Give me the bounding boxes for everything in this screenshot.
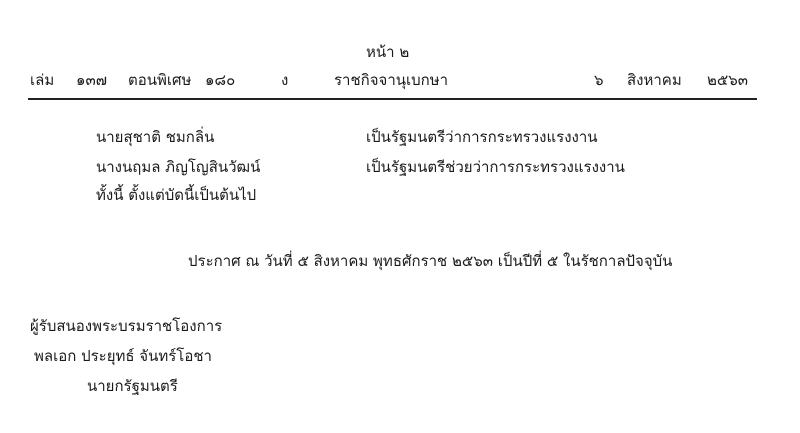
appointee-name: นายสุชาติ ชมกลิ่น [96, 127, 214, 147]
header-divider [28, 98, 757, 100]
appointee-name: นางนฤมล ภิญโญสินวัฒน์ [96, 157, 260, 177]
date-month: สิงหาคม [627, 70, 682, 90]
appointee-position: เป็นรัฐมนตรีช่วยว่าการกระทรวงแรงงาน [366, 157, 625, 177]
section-number: ๑๘๐ [205, 70, 235, 90]
volume-label: เล่ม [30, 70, 54, 90]
announcement-line: ประกาศ ณ วันที่ ๕ สิงหาคม พุทธศักราช ๒๕๖… [188, 251, 672, 271]
appointee-position: เป็นรัฐมนตรีว่าการกระทรวงแรงงาน [366, 127, 598, 147]
effective-date-clause: ทั้งนี้ ตั้งแต่บัดนี้เป็นต้นไป [96, 185, 256, 205]
date-day: ๖ [594, 70, 604, 90]
section-letter: ง [281, 70, 288, 90]
publication-name: ราชกิจจานุเบกษา [334, 70, 448, 90]
signatory-title: นายกรัฐมนตรี [87, 376, 178, 396]
date-year: ๒๕๖๓ [707, 70, 748, 90]
page-number: หน้า ๒ [366, 42, 409, 62]
section-label: ตอนพิเศษ [128, 70, 191, 90]
volume-number: ๑๓๗ [76, 70, 107, 90]
countersign-label: ผู้รับสนองพระบรมราชโองการ [30, 316, 222, 336]
signatory-name: พลเอก ประยุทธ์ จันทร์โอชา [34, 346, 212, 366]
